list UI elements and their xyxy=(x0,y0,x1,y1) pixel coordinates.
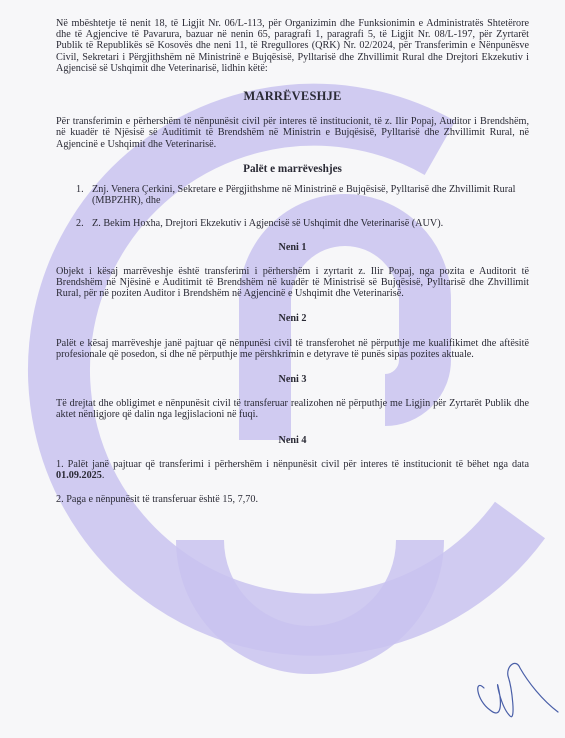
parties-list: 1. Znj. Venera Çerkini, Sekretare e Përg… xyxy=(56,184,529,230)
clause-1-text: 1. Palët janë pajtuar që transferimi i p… xyxy=(56,459,529,470)
party-number: 1. xyxy=(76,184,92,206)
article-2-heading: Neni 2 xyxy=(56,313,529,324)
intro-paragraph: Në mbështetje të nenit 18, të Ligjit Nr.… xyxy=(56,18,529,74)
article-1-body: Objekt i kësaj marrëveshje është transfe… xyxy=(56,266,529,300)
article-3-heading: Neni 3 xyxy=(56,374,529,385)
article-2-body: Palët e kësaj marrëveshje janë pajtuar q… xyxy=(56,338,529,360)
article-1-heading: Neni 1 xyxy=(56,242,529,253)
party-item: 2. Z. Bekim Hoxha, Drejtori Ekzekutiv i … xyxy=(76,218,529,229)
parties-heading: Palët e marrëveshjes xyxy=(56,164,529,175)
article-4-heading: Neni 4 xyxy=(56,435,529,446)
article-4-clause-2: 2. Paga e nënpunësit të transferuar ësht… xyxy=(56,494,529,505)
party-text: Z. Bekim Hoxha, Drejtori Ekzekutiv i Agj… xyxy=(92,218,529,229)
signature-mark xyxy=(472,648,562,728)
document-title: MARRËVESHJE xyxy=(56,91,529,102)
clause-1-end: . xyxy=(102,470,105,481)
party-item: 1. Znj. Venera Çerkini, Sekretare e Përg… xyxy=(76,184,529,206)
effective-date: 01.09.2025 xyxy=(56,470,102,481)
purpose-paragraph: Për transferimin e përhershëm të nënpunë… xyxy=(56,116,529,150)
article-4-clause-1: 1. Palët janë pajtuar që transferimi i p… xyxy=(56,459,529,481)
article-3-body: Të drejtat dhe obligimet e nënpunësit ci… xyxy=(56,398,529,420)
party-number: 2. xyxy=(76,218,92,229)
document-page: Në mbështetje të nenit 18, të Ligjit Nr.… xyxy=(0,0,565,505)
party-text: Znj. Venera Çerkini, Sekretare e Përgjit… xyxy=(92,184,529,206)
